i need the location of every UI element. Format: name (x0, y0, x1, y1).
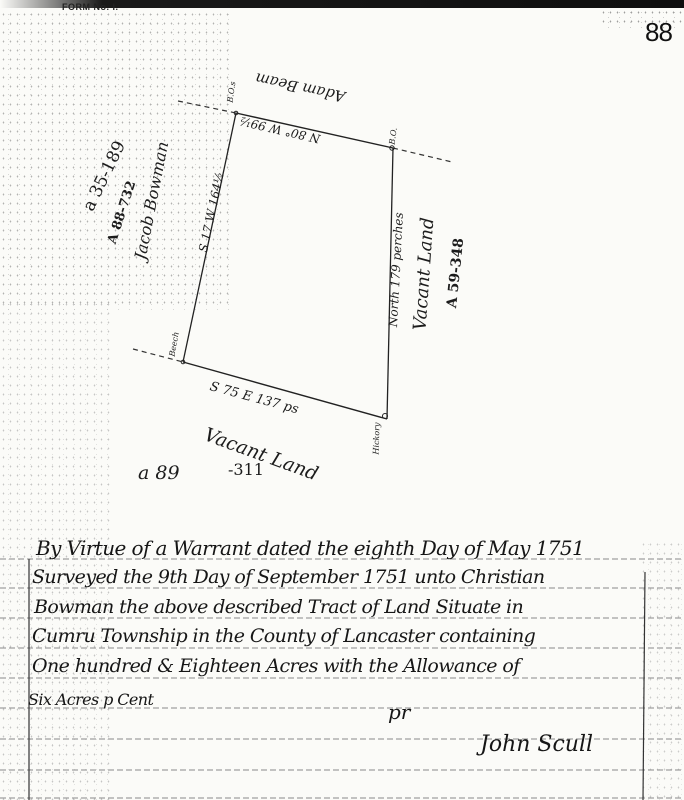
certificate-line: Six Acres p Cent (28, 690, 153, 709)
corner-label-se: Hickory (372, 422, 382, 454)
survey-plat (0, 0, 684, 800)
reference-south-a: a 89 (138, 462, 180, 484)
ledger-rules (0, 559, 684, 798)
certificate-line: Bowman the above described Tract of Land… (34, 596, 523, 618)
north-extension-dashed (393, 148, 452, 162)
certificate-line: By Virtue of a Warrant dated the eighth … (36, 536, 584, 560)
certificate-line: One hundred & Eighteen Acres with the Al… (32, 655, 520, 677)
north-extension-dashed (178, 101, 236, 113)
surveyor-signature: John Scull (480, 732, 593, 757)
reference-south-b: -311 (228, 460, 264, 479)
per-label: pr (388, 700, 410, 724)
certificate-line: Surveyed the 9th Day of September 1751 u… (32, 566, 544, 588)
certificate-line: Cumru Township in the County of Lancaste… (32, 625, 535, 647)
right-margin-rule (643, 572, 645, 800)
